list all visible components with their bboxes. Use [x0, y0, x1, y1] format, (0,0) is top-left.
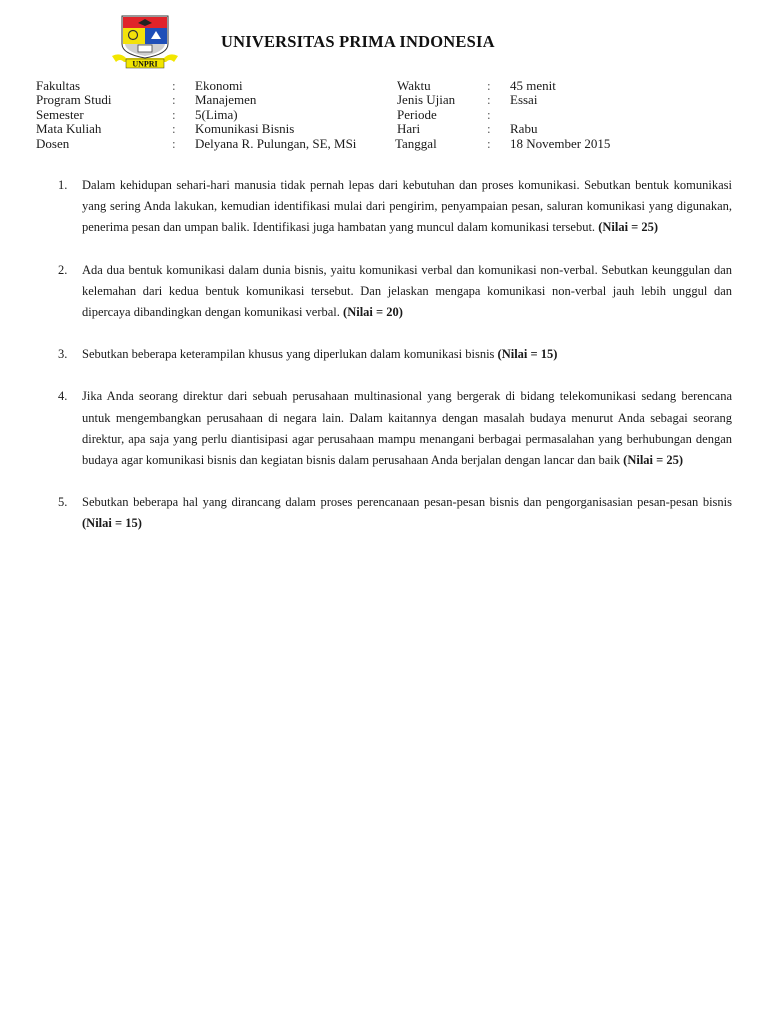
logo-text: UNPRI — [132, 60, 157, 69]
info-value: 5(Lima) — [195, 108, 238, 122]
info-label: Dosen — [36, 137, 69, 151]
info-label: Tanggal — [395, 137, 437, 151]
info-colon: : — [172, 137, 176, 151]
question-number: 4. — [58, 386, 67, 407]
info-label: Periode — [397, 108, 437, 122]
question-number: 1. — [58, 175, 67, 196]
question-score: (Nilai = 25) — [623, 453, 683, 467]
info-label: Waktu — [397, 79, 431, 93]
question-item: 4. Jika Anda seorang direktur dari sebua… — [58, 386, 732, 471]
info-value: Manajemen — [195, 93, 256, 107]
info-colon: : — [487, 108, 491, 122]
question-text: Sebutkan beberapa hal yang dirancang dal… — [82, 495, 732, 509]
info-label: Mata Kuliah — [36, 122, 101, 136]
university-title: UNIVERSITAS PRIMA INDONESIA — [221, 32, 495, 52]
info-value: 18 November 2015 — [510, 137, 610, 151]
info-colon: : — [487, 137, 491, 151]
question-score: (Nilai = 25) — [598, 220, 658, 234]
info-label: Jenis Ujian — [397, 93, 455, 107]
question-text: Sebutkan beberapa keterampilan khusus ya… — [82, 347, 498, 361]
info-colon: : — [487, 79, 491, 93]
question-number: 5. — [58, 492, 67, 513]
question-number: 3. — [58, 344, 67, 365]
info-value: 45 menit — [510, 79, 556, 93]
question-item: 3. Sebutkan beberapa keterampilan khusus… — [58, 344, 732, 365]
question-number: 2. — [58, 260, 67, 281]
info-label: Fakultas — [36, 79, 80, 93]
question-score: (Nilai = 20) — [343, 305, 403, 319]
info-colon: : — [172, 108, 176, 122]
info-value: Komunikasi Bisnis — [195, 122, 294, 136]
info-colon: : — [487, 122, 491, 136]
info-colon: : — [172, 93, 176, 107]
info-colon: : — [172, 79, 176, 93]
info-label: Hari — [397, 122, 420, 136]
info-label: Semester — [36, 108, 84, 122]
info-value: Essai — [510, 93, 537, 107]
question-score: (Nilai = 15) — [82, 516, 142, 530]
question-item: 1. Dalam kehidupan sehari-hari manusia t… — [58, 175, 732, 239]
info-value: Rabu — [510, 122, 537, 136]
question-score: (Nilai = 15) — [498, 347, 558, 361]
university-logo: UNPRI — [112, 14, 178, 70]
question-text: Ada dua bentuk komunikasi dalam dunia bi… — [82, 263, 732, 319]
info-colon: : — [487, 93, 491, 107]
question-item: 5. Sebutkan beberapa hal yang dirancang … — [58, 492, 732, 534]
info-colon: : — [172, 122, 176, 136]
question-list: 1. Dalam kehidupan sehari-hari manusia t… — [58, 175, 732, 556]
info-value: Ekonomi — [195, 79, 243, 93]
question-item: 2. Ada dua bentuk komunikasi dalam dunia… — [58, 260, 732, 324]
info-label: Program Studi — [36, 93, 111, 107]
info-value: Delyana R. Pulungan, SE, MSi — [195, 137, 356, 151]
